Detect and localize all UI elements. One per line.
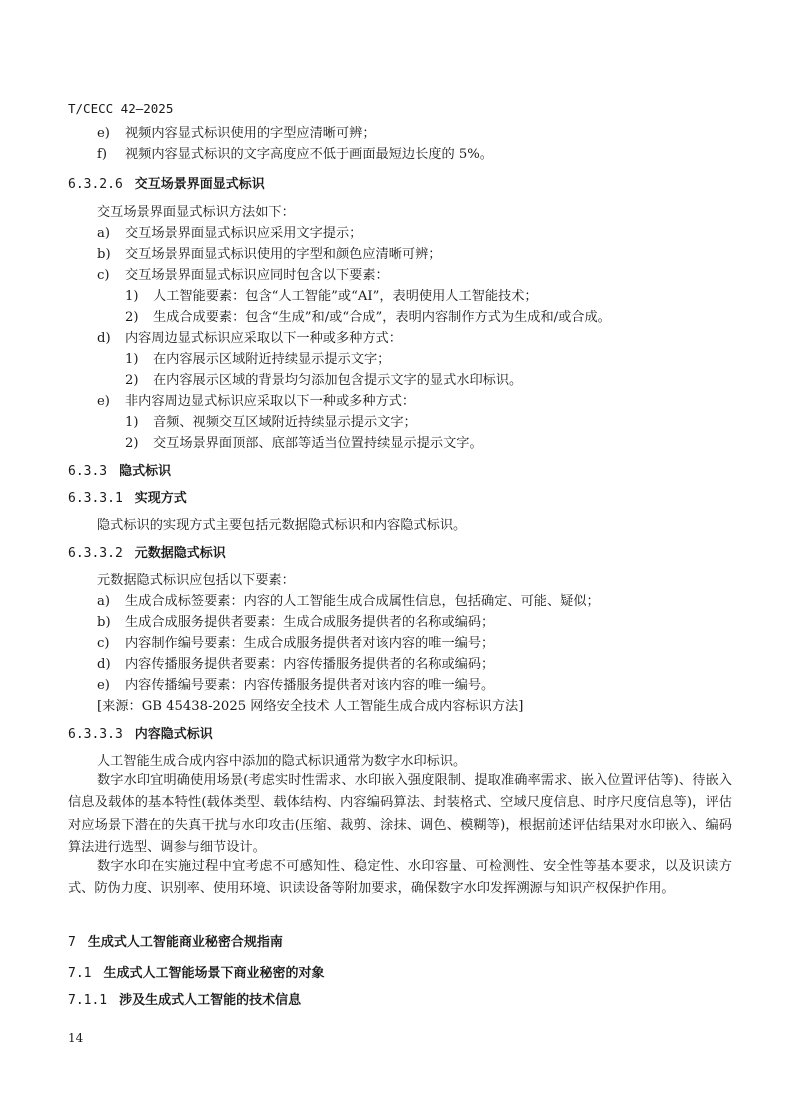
document-page: T/CECC 42—2025 e)视频内容显式标识使用的字型应清晰可辨； f)视… [0, 0, 790, 1116]
list-item: d)内容传播服务提供者要素：内容传播服务提供者的名称或编码； [97, 656, 494, 674]
list-item: b)交互场景界面显式标识使用的字型和颜色应清晰可辨； [97, 246, 442, 264]
list-item: b)生成合成服务提供者要素：生成合成服务提供者的名称或编码； [97, 614, 494, 632]
list-item: e)视频内容显式标识使用的字型应清晰可辨； [97, 125, 376, 143]
list-item: c)内容制作编号要素：生成合成服务提供者对该内容的唯一编号； [97, 635, 494, 653]
paragraph: 元数据隐式标识应包括以下要素： [97, 572, 295, 590]
section-heading-7: 7生成式人工智能商业秘密合规指南 [68, 934, 283, 952]
section-heading-6-3-3-2: 6.3.3.2元数据隐式标识 [68, 545, 226, 563]
source-citation: [来源：GB 45438-2025 网络安全技术 人工智能生成合成内容标识方法] [97, 698, 523, 716]
section-heading-6-3-3-1: 6.3.3.1实现方式 [68, 490, 187, 508]
section-heading-7-1-1: 7.1.1涉及生成式人工智能的技术信息 [68, 992, 301, 1010]
paragraph: 人工智能生成合成内容中添加的隐式标识通常为数字水印标识。 [97, 753, 466, 771]
sub-list-item: 2)生成合成要素：包含“生成”和/或“合成”，表明内容制作方式为生成和/或合成。 [125, 309, 611, 327]
sub-list-item: 2)在内容展示区域的背景均匀添加包含提示文字的显式水印标识。 [125, 372, 522, 390]
section-heading-6-3-3-3: 6.3.3.3内容隐式标识 [68, 726, 213, 744]
list-item: f)视频内容显式标识的文字高度应不低于画面最短边长度的 5%。 [97, 146, 493, 164]
paragraph: 交互场景界面显式标识方法如下： [97, 204, 295, 222]
page-number: 14 [68, 1029, 83, 1047]
sub-list-item: 1)音频、视频交互区域附近持续显示提示文字； [125, 414, 417, 432]
list-item: e)内容传播编号要素：内容传播服务提供者对该内容的唯一编号。 [97, 677, 494, 695]
list-item: a)交互场景界面显式标识应采用文字提示； [97, 225, 362, 243]
list-item: c)交互场景界面显式标识应同时包含以下要素： [97, 267, 389, 285]
section-heading-7-1: 7.1生成式人工智能场景下商业秘密的对象 [68, 965, 325, 983]
sub-list-item: 2)交互场景界面顶部、底部等适当位置持续显示提示文字。 [125, 435, 483, 453]
sub-list-item: 1)人工智能要素：包含“人工智能”或“AI”，表明使用人工智能技术； [125, 288, 538, 306]
sub-list-item: 1)在内容展示区域附近持续显示提示文字； [125, 351, 390, 369]
paragraph: 隐式标识的实现方式主要包括元数据隐式标识和内容隐式标识。 [97, 517, 466, 535]
list-item: d)内容周边显式标识应采取以下一种或多种方式： [97, 330, 402, 348]
document-id-header: T/CECC 42—2025 [68, 100, 173, 118]
list-item: a)生成合成标签要素：内容的人工智能生成合成属性信息，包括确定、可能、疑似； [97, 593, 600, 611]
section-heading-6-3-3: 6.3.3隐式标识 [68, 463, 171, 481]
paragraph: 数字水印在实施过程中宜考虑不可感知性、稳定性、水印容量、可检测性、安全性等基本要… [68, 856, 732, 901]
section-heading-6-3-2-6: 6.3.2.6交互场景界面显式标识 [68, 176, 265, 194]
paragraph: 数字水印宜明确使用场景(考虑实时性需求、水印嵌入强度限制、提取准确率需求、嵌入位… [68, 770, 732, 860]
list-item: e)非内容周边显式标识应采取以下一种或多种方式： [97, 393, 415, 411]
